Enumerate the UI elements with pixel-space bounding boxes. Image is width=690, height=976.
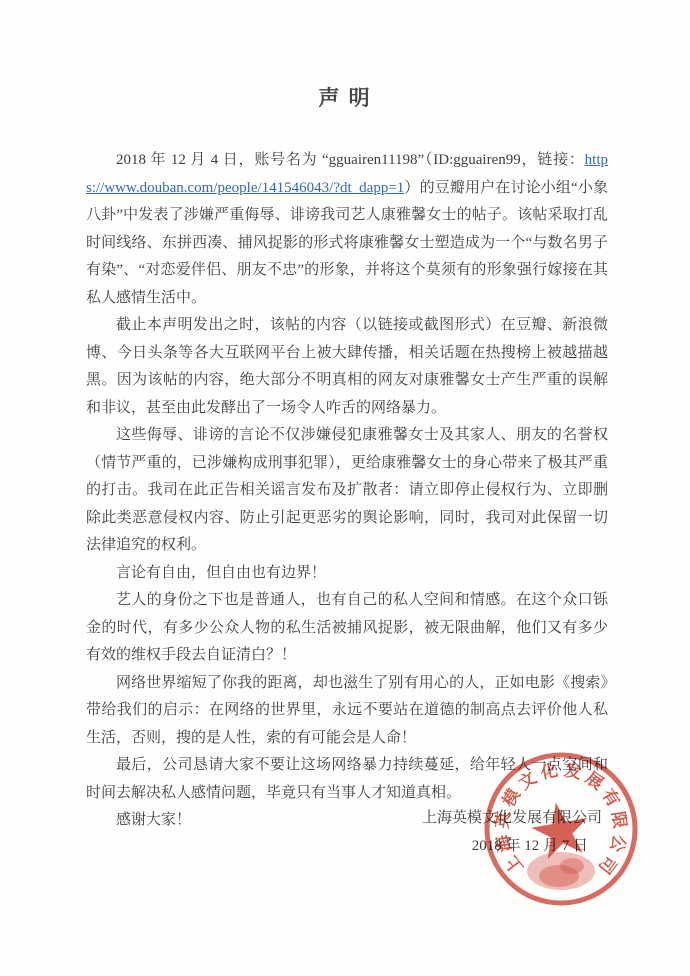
seal-ink-smudge — [560, 858, 584, 874]
scanned-statement-page: 声 明 2018 年 12 月 4 日，账号名为 “gguairen11198”… — [0, 0, 690, 976]
paragraph-internet: 网络世界缩短了你我的距离，却也滋生了别有用心的人，正如电影《搜索》带给我们的启示… — [86, 670, 608, 753]
paragraph-spread: 截止本声明发出之时，该帖的内容（以链接或截图形式）在豆瓣、新浪微博、今日头条等各… — [86, 312, 608, 422]
paragraph-privacy: 艺人的身份之下也是普通人，也有自己的私人空间和情感。在这个众口铄金的时代，有多少… — [86, 587, 608, 670]
seal-ink-smudge — [539, 865, 579, 887]
signature-block: 上海英模文化发展有限公司 2018 年 12 月 7 日 — [422, 804, 602, 860]
paragraph-intro-pre: 2018 年 12 月 4 日，账号名为 “gguairen11198”（ID:… — [116, 152, 585, 168]
page-title: 声 明 — [0, 84, 690, 112]
paragraph-intro: 2018 年 12 月 4 日，账号名为 “gguairen11198”（ID:… — [86, 147, 608, 312]
statement-body: 2018 年 12 月 4 日，账号名为 “gguairen11198”（ID:… — [0, 147, 690, 835]
paragraph-legal-warning: 这些侮辱、诽谤的言论不仅涉嫌侵犯康雅馨女士及其家人、朋友的名誉权（情节严重的，已… — [86, 422, 608, 560]
paragraph-intro-post: ）的豆瓣用户在讨论小组“小象八卦”中发表了涉嫌严重侮辱、诽谤我司艺人康雅馨女士的… — [86, 180, 608, 306]
svg-text:公: 公 — [606, 833, 629, 854]
paragraph-freedom: 言论有自由，但自由也有边界！ — [86, 560, 608, 588]
company-signature: 上海英模文化发展有限公司 — [422, 804, 602, 832]
statement-date: 2018 年 12 月 7 日 — [422, 832, 602, 860]
paragraph-appeal: 最后，公司恳请大家不要让这场网络暴力持续蔓延，给年轻人一点空间和时间去解决私人感… — [86, 752, 608, 807]
